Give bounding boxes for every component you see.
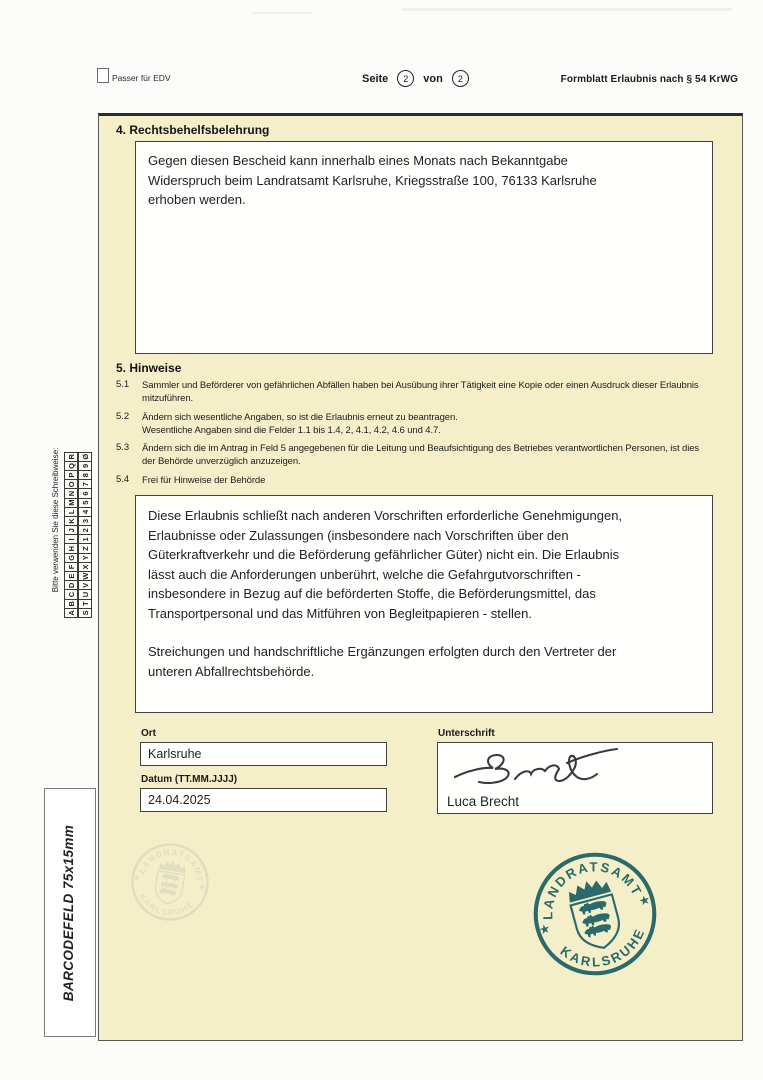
- schreibweise-letter-grid: ABCDEFGHIJKLMNOPQR STUVWXYZ123456789Ø: [64, 425, 94, 617]
- letter-cell: T: [78, 599, 92, 609]
- form-panel: 4. Rechtsbehelfsbelehrung Gegen diesen B…: [98, 113, 743, 1041]
- letter-cell: V: [78, 580, 92, 590]
- behoerde-hinweise-paragraph2: Streichungen und handschriftliche Ergänz…: [148, 642, 700, 681]
- section4-heading: 4. Rechtsbehelfsbelehrung: [116, 123, 269, 137]
- signer-name: Luca Brecht: [447, 794, 519, 809]
- letter-cell: F: [64, 562, 78, 572]
- letter-cell: 5: [78, 498, 92, 508]
- letter-cell: Q: [64, 461, 78, 471]
- letter-row-a-r: ABCDEFGHIJKLMNOPQR: [64, 425, 79, 617]
- letter-cell: S: [78, 608, 92, 618]
- hint-text: Frei für Hinweise der Behörde: [142, 474, 734, 487]
- seite-label: Seite: [362, 73, 388, 85]
- letter-cell: H: [64, 544, 78, 554]
- hint-text: Ändern sich wesentliche Angaben, so ist …: [142, 411, 734, 438]
- letter-cell: N: [64, 488, 78, 498]
- hint-number: 5.3: [116, 442, 142, 469]
- behoerde-hinweise-paragraph1: Diese Erlaubnis schließt nach anderen Vo…: [148, 506, 700, 623]
- behoerde-hinweise-textbox[interactable]: Diese Erlaubnis schließt nach anderen Vo…: [135, 495, 713, 713]
- edv-checkbox-label: Passer für EDV: [112, 73, 171, 83]
- hint-item: 5.2 Ändern sich wesentliche Angaben, so …: [116, 411, 734, 438]
- scan-artifact: [252, 12, 312, 14]
- datum-value: 24.04.2025: [148, 793, 211, 807]
- authority-stamp-landratsamt-karlsruhe: [512, 831, 679, 998]
- letter-cell: L: [64, 507, 78, 517]
- hint-text: Ändern sich die im Antrag in Feld 5 ange…: [142, 442, 734, 469]
- hint-item: 5.3 Ändern sich die im Antrag in Feld 5 …: [116, 442, 734, 469]
- letter-cell: M: [64, 498, 78, 508]
- letter-cell: I: [64, 534, 78, 544]
- hint-number: 5.2: [116, 411, 142, 438]
- section5-heading: 5. Hinweise: [116, 361, 181, 375]
- rechtsbehelf-textbox[interactable]: Gegen diesen Bescheid kann innerhalb ein…: [135, 141, 713, 354]
- datum-input[interactable]: 24.04.2025: [140, 788, 387, 812]
- letter-row-s-0: STUVWXYZ123456789Ø: [78, 425, 93, 617]
- edv-checkbox[interactable]: [97, 68, 109, 83]
- letter-cell: B: [64, 599, 78, 609]
- barcode-field-label: BARCODEFELD 75x15mm: [61, 793, 79, 1033]
- letter-cell: Z: [78, 544, 92, 554]
- hint-text: Sammler und Beförderer von gefährlichen …: [142, 379, 734, 406]
- letter-cell: A: [64, 608, 78, 618]
- hint-item: 5.4 Frei für Hinweise der Behörde: [116, 474, 734, 487]
- hint-number: 5.4: [116, 474, 142, 487]
- rechtsbehelf-text: Gegen diesen Bescheid kann innerhalb ein…: [148, 151, 700, 210]
- letter-cell: D: [64, 580, 78, 590]
- scan-artifact: [402, 8, 732, 11]
- letter-cell: R: [64, 452, 78, 462]
- letter-cell: O: [64, 479, 78, 489]
- barcode-field: BARCODEFELD 75x15mm: [44, 788, 96, 1037]
- letter-cell: 9: [78, 461, 92, 471]
- von-label: von: [423, 73, 443, 85]
- letter-cell: Ø: [78, 452, 92, 462]
- letter-cell: 6: [78, 488, 92, 498]
- letter-cell: P: [64, 470, 78, 480]
- unterschrift-label: Unterschrift: [438, 728, 495, 739]
- ort-value: Karlsruhe: [148, 747, 202, 761]
- hint-list: 5.1 Sammler und Beförderer von gefährlic…: [116, 379, 734, 487]
- schreibweise-instruction: Bitte verwenden Sie diese Schreibweise:: [50, 415, 62, 625]
- hint-item: 5.1 Sammler und Beförderer von gefährlic…: [116, 379, 734, 406]
- letter-cell: C: [64, 589, 78, 599]
- letter-cell: 3: [78, 516, 92, 526]
- page-total-badge: 2: [452, 70, 469, 87]
- ghost-authority-stamp: [121, 833, 219, 931]
- handwritten-signature: [444, 743, 634, 793]
- letter-cell: 8: [78, 470, 92, 480]
- form-title: Formblatt Erlaubnis nach § 54 KrWG: [561, 74, 738, 85]
- letter-cell: E: [64, 571, 78, 581]
- letter-cell: W: [78, 571, 92, 581]
- letter-cell: K: [64, 516, 78, 526]
- letter-cell: 7: [78, 479, 92, 489]
- ort-label: Ort: [141, 728, 156, 739]
- datum-label: Datum (TT.MM.JJJJ): [141, 774, 237, 785]
- page-indicator: Seite 2 von 2: [362, 70, 469, 87]
- letter-cell: 1: [78, 534, 92, 544]
- letter-cell: U: [78, 589, 92, 599]
- letter-cell: 2: [78, 525, 92, 535]
- letter-cell: G: [64, 553, 78, 563]
- letter-cell: X: [78, 562, 92, 572]
- letter-cell: Y: [78, 553, 92, 563]
- hint-number: 5.1: [116, 379, 142, 406]
- letter-cell: 4: [78, 507, 92, 517]
- ort-input[interactable]: Karlsruhe: [140, 742, 387, 766]
- unterschrift-field[interactable]: Luca Brecht: [437, 742, 713, 814]
- page-current-badge: 2: [397, 70, 414, 87]
- letter-cell: J: [64, 525, 78, 535]
